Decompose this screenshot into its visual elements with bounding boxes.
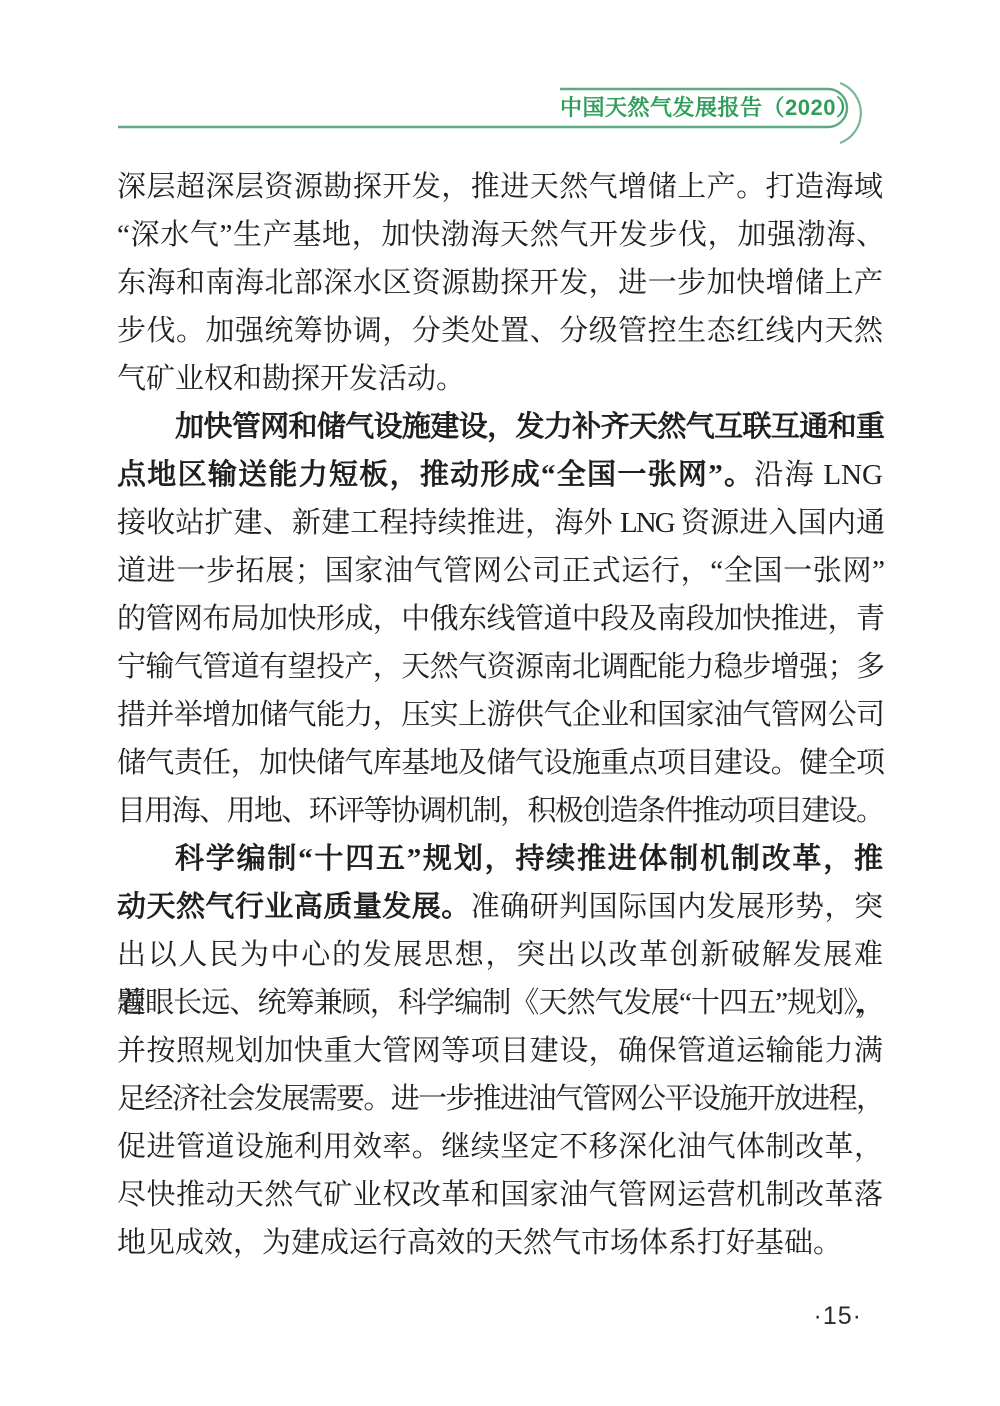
- line-text: 目用海、用地、环评等协调机制，积极创造条件推动项目建设。: [117, 795, 883, 827]
- line-text: 并按照规划加快重大管网等项目建设，确保管道运输能力满: [117, 1035, 883, 1067]
- text-line: 接收站扩建、新建工程持续推进，海外 LNG 资源进入国内通: [117, 499, 883, 547]
- line-text: 沿海 LNG: [754, 459, 883, 491]
- text-line: 目用海、用地、环评等协调机制，积极创造条件推动项目建设。: [117, 787, 883, 835]
- document-page: 中国天然气发展报告（2020） 深层超深层资源勘探开发，推进天然气增储上产。打造…: [0, 0, 1000, 1406]
- line-text: 措并举增加储气能力，压实上游供气企业和国家油气管网公司: [117, 699, 883, 731]
- line-text: 步伐。加强统筹协调，分类处置、分级管控生态红线内天然: [117, 315, 883, 347]
- text-line: 促进管道设施利用效率。继续坚定不移深化油气体制改革，: [117, 1123, 883, 1171]
- body-text: 深层超深层资源勘探开发，推进天然气增储上产。打造海域 “深水气”生产基地，加快渤…: [117, 163, 883, 1267]
- text-line: “深水气”生产基地，加快渤海天然气开发步伐，加强渤海、: [117, 211, 883, 259]
- text-line: 并按照规划加快重大管网等项目建设，确保管道运输能力满: [117, 1027, 883, 1075]
- line-bold-text: 点地区输送能力短板，推动形成“全国一张网”。: [117, 459, 754, 491]
- line-bold-text: 科学编制“十四五”规划，持续推进体制机制改革，推: [175, 843, 883, 875]
- line-text: 深层超深层资源勘探开发，推进天然气增储上产。打造海域: [117, 171, 883, 203]
- text-line: 储气责任，加快储气库基地及储气设施重点项目建设。健全项: [117, 739, 883, 787]
- line-bold-text: 动天然气行业高质量发展。: [117, 891, 471, 923]
- text-line: 点地区输送能力短板，推动形成“全国一张网”。沿海 LNG: [117, 451, 883, 499]
- line-text: 尽快推动天然气矿业权改革和国家油气管网运营机制改革落: [117, 1179, 883, 1211]
- text-line: 动天然气行业高质量发展。准确研判国际国内发展形势，突: [117, 883, 883, 931]
- page-number: ·15·: [814, 1302, 862, 1331]
- text-line: 地见成效，为建成运行高效的天然气市场体系打好基础。: [117, 1219, 883, 1267]
- text-line: 尽快推动天然气矿业权改革和国家油气管网运营机制改革落: [117, 1171, 883, 1219]
- text-line: 深层超深层资源勘探开发，推进天然气增储上产。打造海域: [117, 163, 883, 211]
- line-text: 地见成效，为建成运行高效的天然气市场体系打好基础。: [117, 1227, 842, 1259]
- line-bold-text: 加快管网和储气设施建设，发力补齐天然气互联互通和重: [175, 411, 883, 443]
- line-text: 储气责任，加快储气库基地及储气设施重点项目建设。健全项: [117, 747, 883, 779]
- text-line: 着眼长远、统筹兼顾，科学编制《天然气发展“十四五”规划》，: [117, 979, 883, 1027]
- text-line: 步伐。加强统筹协调，分类处置、分级管控生态红线内天然: [117, 307, 883, 355]
- text-line: 道进一步拓展；国家油气管网公司正式运行，“全国一张网”: [117, 547, 883, 595]
- text-line: 宁输气管道有望投产，天然气资源南北调配能力稳步增强；多: [117, 643, 883, 691]
- line-text: 足经济社会发展需要。进一步推进油气管网公平设施开放进程，: [117, 1083, 883, 1115]
- line-text: 气矿业权和勘探开发活动。: [117, 363, 465, 395]
- line-text: “深水气”生产基地，加快渤海天然气开发步伐，加强渤海、: [117, 219, 883, 251]
- text-line: 东海和南海北部深水区资源勘探开发，进一步加快增储上产: [117, 259, 883, 307]
- line-text: 准确研判国际国内发展形势，突: [471, 891, 883, 923]
- text-line: 出以人民为中心的发展思想，突出以改革创新破解发展难题，: [117, 931, 883, 979]
- line-text: 接收站扩建、新建工程持续推进，海外 LNG 资源进入国内通: [117, 507, 883, 539]
- text-line: 气矿业权和勘探开发活动。: [117, 355, 883, 403]
- text-line: 科学编制“十四五”规划，持续推进体制机制改革，推: [117, 835, 883, 883]
- line-text: 道进一步拓展；国家油气管网公司正式运行，“全国一张网”: [117, 555, 883, 587]
- header-rule: [0, 0, 1000, 160]
- text-line: 的管网布局加快形成，中俄东线管道中段及南段加快推进，青: [117, 595, 883, 643]
- text-line: 足经济社会发展需要。进一步推进油气管网公平设施开放进程，: [117, 1075, 883, 1123]
- line-text: 着眼长远、统筹兼顾，科学编制《天然气发展“十四五”规划》，: [117, 987, 883, 1019]
- line-text: 东海和南海北部深水区资源勘探开发，进一步加快增储上产: [117, 267, 883, 299]
- text-line: 措并举增加储气能力，压实上游供气企业和国家油气管网公司: [117, 691, 883, 739]
- line-text: 促进管道设施利用效率。继续坚定不移深化油气体制改革，: [117, 1131, 883, 1163]
- line-text: 宁输气管道有望投产，天然气资源南北调配能力稳步增强；多: [117, 651, 883, 683]
- header-title: 中国天然气发展报告（2020）: [560, 92, 848, 124]
- line-text: 的管网布局加快形成，中俄东线管道中段及南段加快推进，青: [117, 603, 883, 635]
- text-line: 加快管网和储气设施建设，发力补齐天然气互联互通和重: [117, 403, 883, 451]
